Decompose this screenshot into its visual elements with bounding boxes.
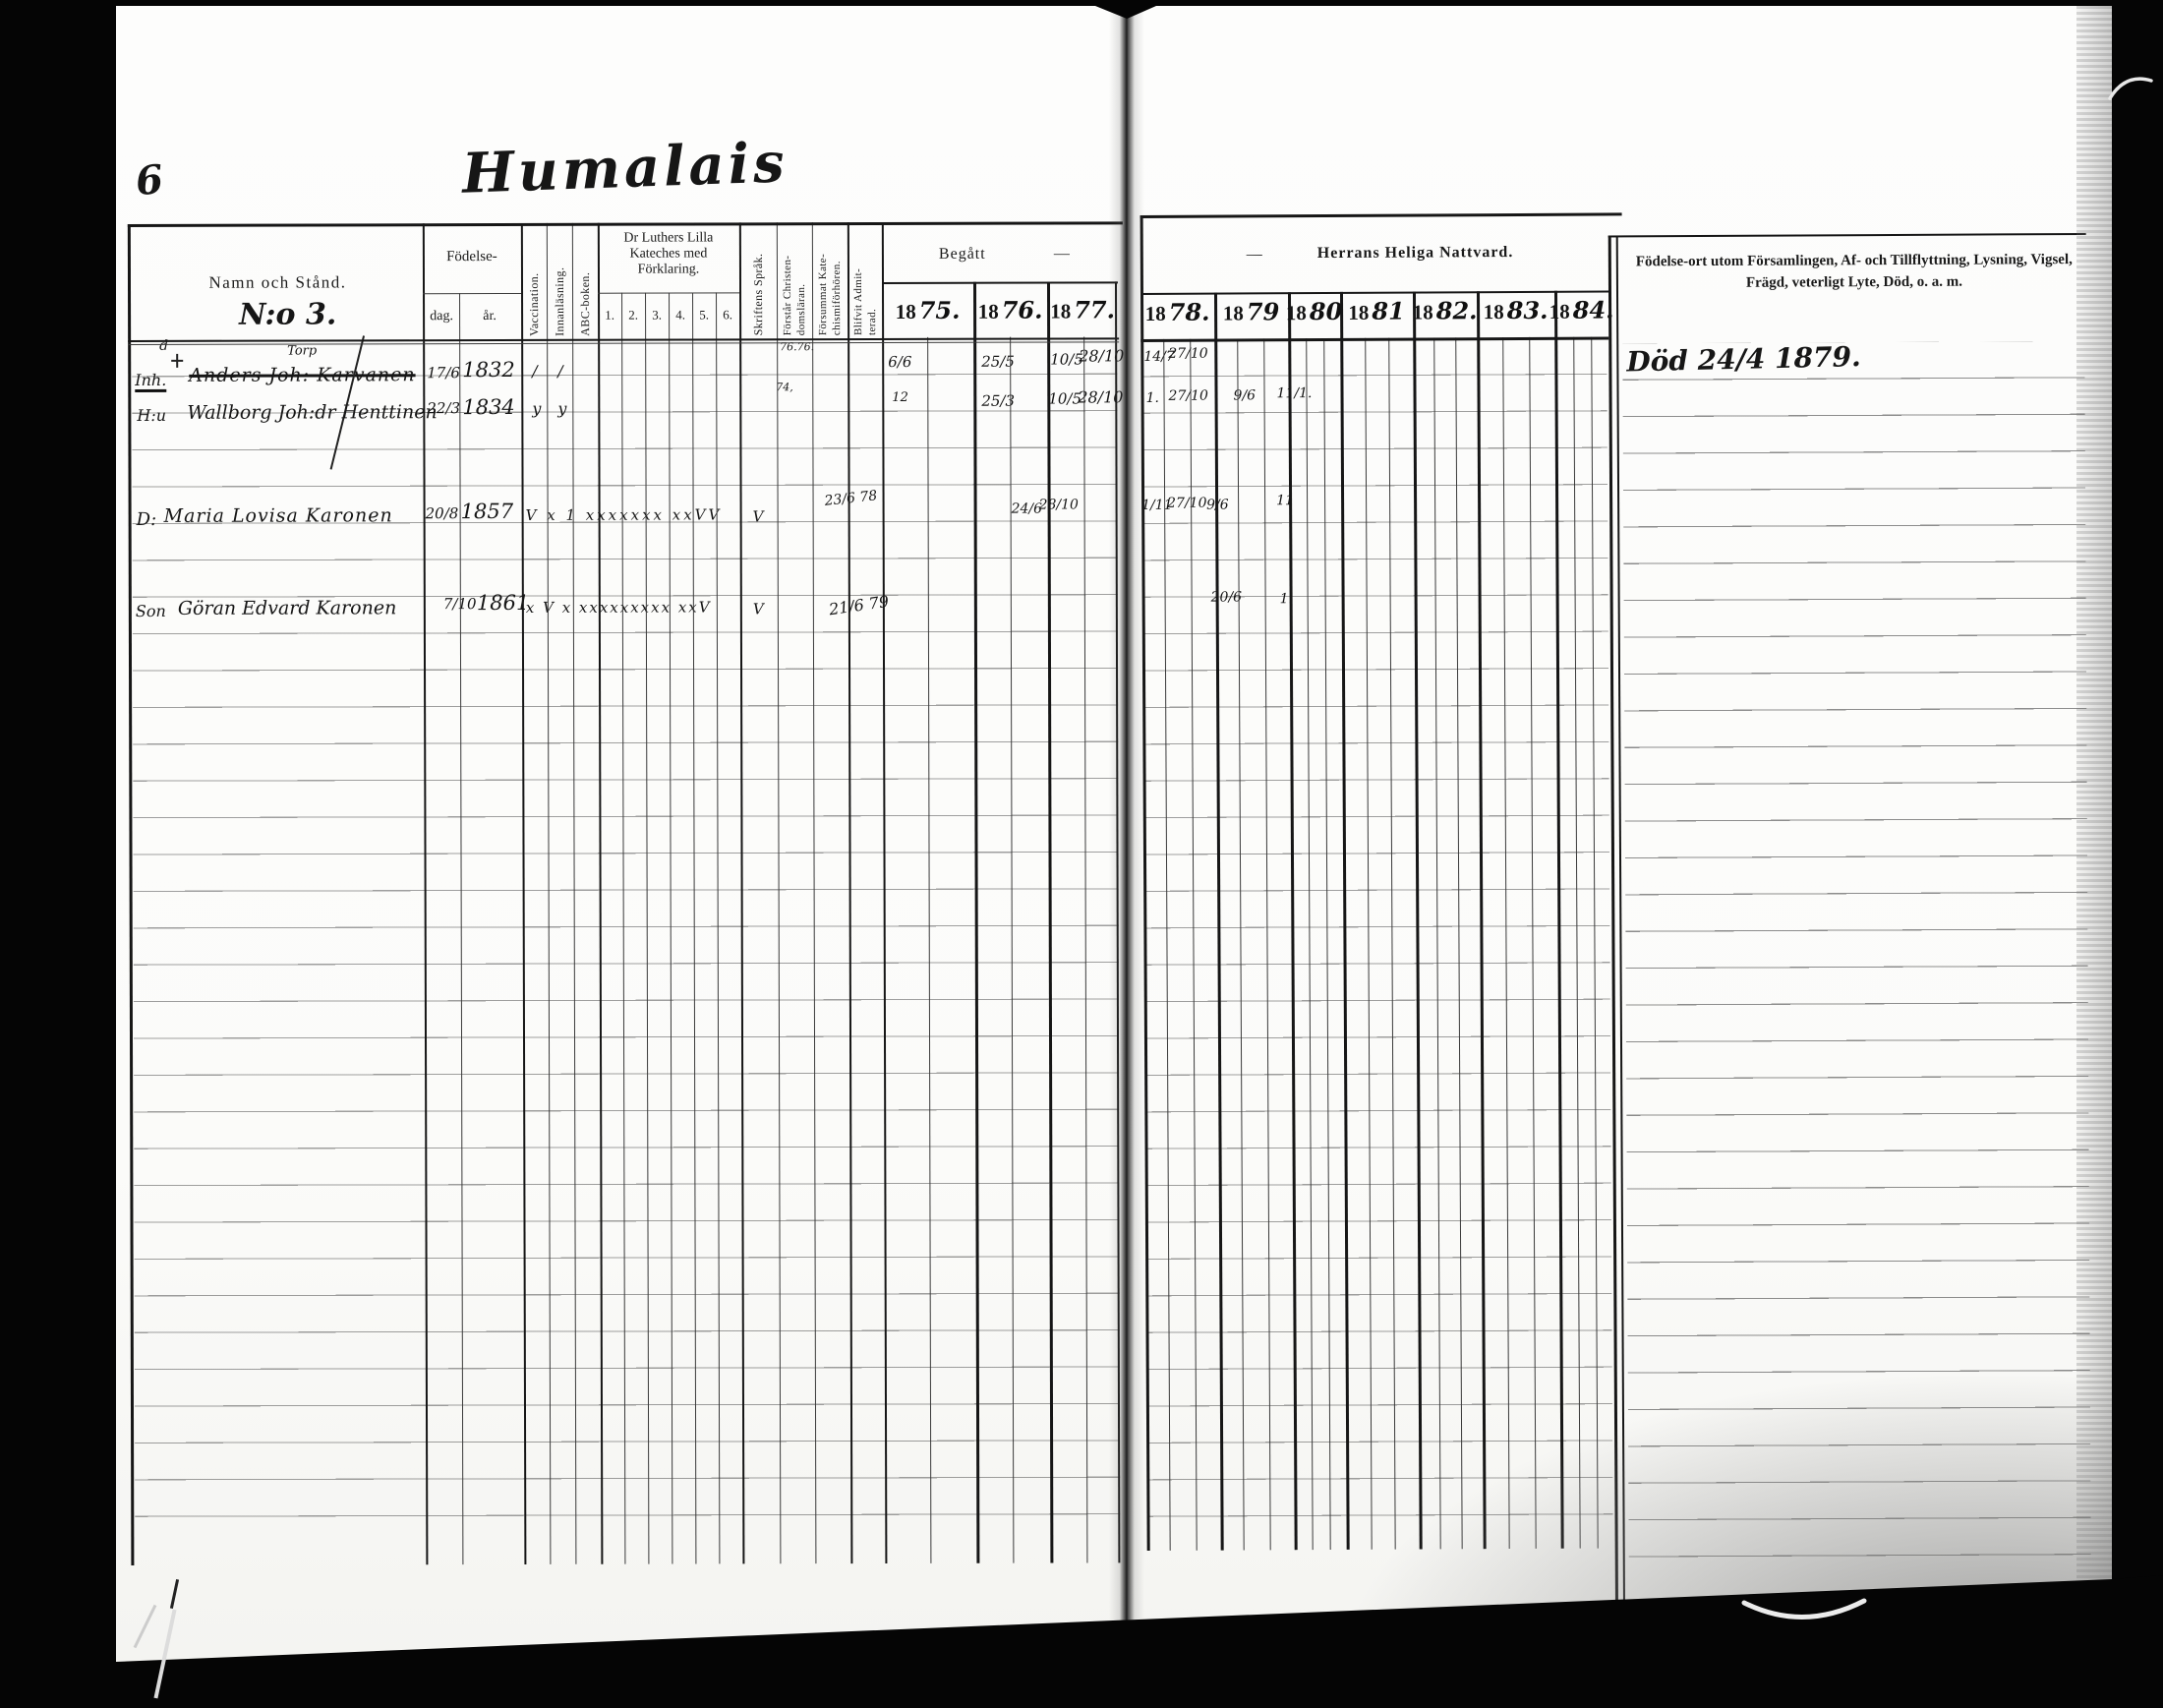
year-printed: 18	[1549, 300, 1570, 324]
year-hand: 78.	[1169, 298, 1210, 326]
grid-line	[1140, 212, 1622, 218]
year-hand: 82.	[1436, 296, 1478, 324]
notes-column-header: Födelse-ort utom Församlingen, Af- och T…	[1628, 249, 2080, 294]
year-printed: 18	[1223, 301, 1244, 325]
scanned-parish-register: 6 Humalais Namn och Stånd. N:o 3. Födels…	[0, 0, 2163, 1708]
year-hand: 79	[1247, 297, 1280, 325]
entry2-communion-1878a: 1.	[1146, 390, 1159, 406]
year-header-1881: 18 81	[1340, 297, 1413, 325]
communion-right-dash: —	[1247, 246, 1262, 264]
year-header-1883: 18 83.	[1477, 296, 1554, 324]
row-rules-right-years	[1142, 338, 1612, 1552]
entry2-communion-1878b: 27/10	[1168, 388, 1207, 404]
pen-arc-bottom-right	[1738, 1585, 1872, 1636]
pen-squiggle-top-right	[2104, 67, 2159, 110]
year-header-1879: 18 79	[1214, 297, 1288, 325]
grid-line	[1608, 233, 2086, 238]
year-header-1884: 18 84.	[1554, 296, 1608, 324]
year-hand: 81	[1372, 297, 1405, 325]
communion-right-header: Herrans Heliga Nattvard.	[1317, 244, 1514, 263]
year-printed: 18	[1484, 300, 1504, 324]
year-header-1880: 18 80	[1288, 297, 1340, 325]
year-header-1878: 18 78.	[1140, 298, 1214, 326]
book-fold	[1109, 8, 1144, 1660]
year-hand: 83.	[1507, 296, 1549, 324]
entry1-communion-1878b: 27/10	[1168, 346, 1207, 362]
grid-line	[1140, 291, 1608, 295]
entry3-communion-1878b: 27/10	[1167, 496, 1206, 511]
year-hand: 80	[1310, 297, 1343, 325]
year-header-1882: 18 82.	[1413, 296, 1477, 324]
year-printed: 18	[1348, 301, 1369, 325]
death-note: Död 24/4 1879.	[1626, 340, 1861, 378]
year-printed: 18	[1145, 302, 1166, 326]
